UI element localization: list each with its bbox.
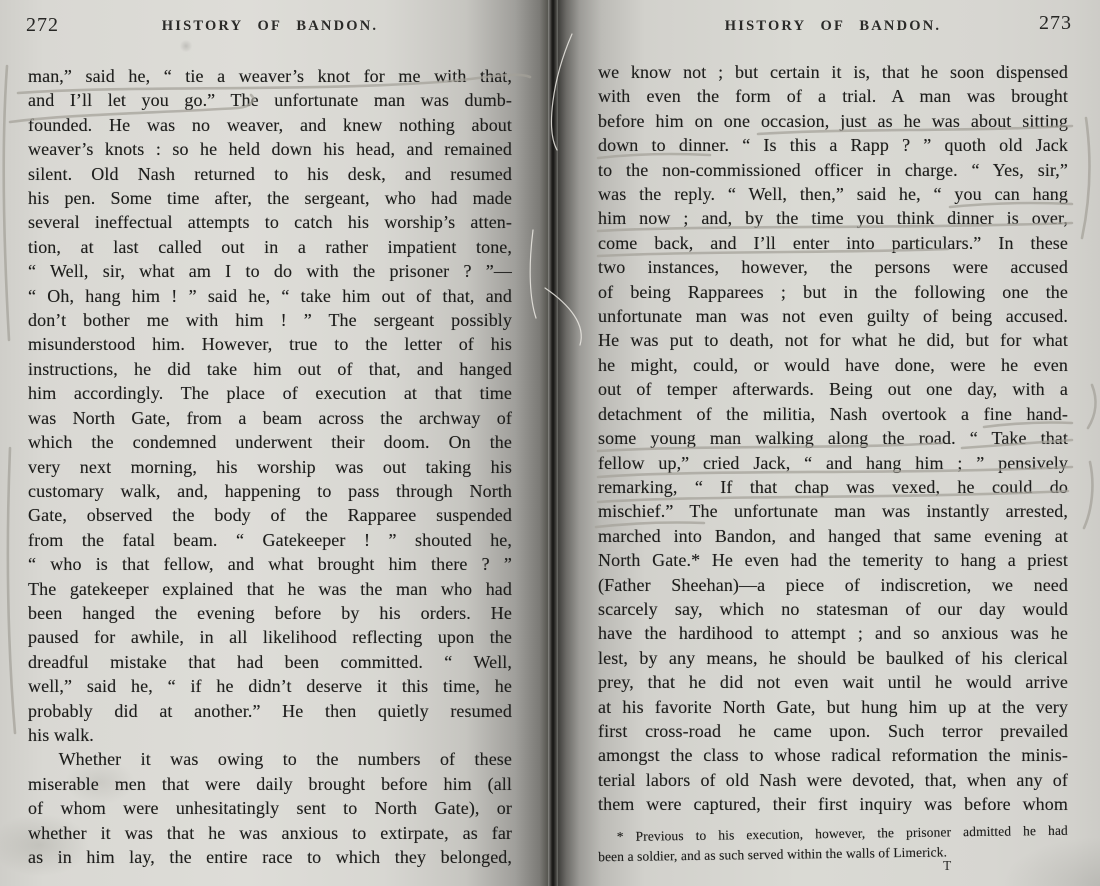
- text-line: before him on one occasion, just as he w…: [598, 109, 1068, 133]
- text-line: which the condemned underwent their doom…: [28, 430, 512, 454]
- text-line: terial labors of old Nash were devoted, …: [598, 768, 1068, 792]
- right-running-title: HISTORY OF BANDON.: [725, 18, 941, 35]
- text-line: weaver’s knots : so he held down his hea…: [28, 137, 512, 161]
- text-line: come back, and I’ll enter into particula…: [598, 231, 1068, 255]
- text-line: (Father Sheehan)—a piece of indiscretion…: [598, 573, 1068, 597]
- text-line: of whom were unhesitatingly sent to Nort…: [28, 796, 512, 820]
- text-line: several ineffectual attempts to catch hi…: [28, 210, 512, 234]
- text-line: him now ; and, by the time you think din…: [598, 206, 1068, 230]
- text-line: as in him lay, the entire race to which …: [28, 845, 512, 869]
- text-line: The gatekeeper explained that he was the…: [28, 577, 512, 601]
- text-line: have the hardihood to attempt ; and so a…: [598, 621, 1068, 645]
- text-line: of being Rapparees ; but in the followin…: [598, 280, 1068, 304]
- text-line: scarcely say, which no statesman of our …: [598, 597, 1068, 621]
- text-line: first cross-road he came upon. Such terr…: [598, 719, 1068, 743]
- text-line: misunderstood him. However, true to the …: [28, 332, 512, 356]
- text-line: “ who is that fellow, and what brought h…: [28, 552, 512, 576]
- signature-mark: T: [943, 858, 951, 874]
- text-line: don’t bother me with him ! ” The sergean…: [28, 308, 512, 332]
- text-line: we know not ; but certain it is, that he…: [598, 60, 1068, 84]
- text-line: instructions, he did take him out of tha…: [28, 357, 512, 381]
- right-page-text: we know not ; but certain it is, that he…: [598, 60, 1068, 817]
- left-page: 272 HISTORY OF BANDON. man,” said he, “ …: [0, 0, 548, 886]
- text-line: mischief.” The unfortunate man was insta…: [598, 499, 1068, 523]
- left-running-title: HISTORY OF BANDON.: [162, 18, 378, 35]
- text-line: was North Gate, from a beam across the a…: [28, 406, 512, 430]
- text-line: marched into Bandon, and hanged that sam…: [598, 524, 1068, 548]
- text-line: detachment of the militia, Nash overtook…: [598, 402, 1068, 426]
- text-line: whether it was that he was anxious to ex…: [28, 821, 512, 845]
- text-line: he might, could, or would have done, wer…: [598, 353, 1068, 377]
- text-line: customary walk, and, happening to pass t…: [28, 479, 512, 503]
- text-line: Whether it was owing to the numbers of t…: [28, 747, 512, 771]
- text-line: with even the form of a trial. A man was…: [598, 84, 1068, 108]
- text-line: silent. Old Nash returned to his desk, a…: [28, 162, 512, 186]
- text-line: “ Well, sir, what am I to do with the pr…: [28, 259, 512, 283]
- text-line: He was put to death, not for what he did…: [598, 328, 1068, 352]
- text-line: well,” said he, “ if he didn’t deserve i…: [28, 674, 512, 698]
- text-line: down to dinner. “ Is this a Rapp ? ” quo…: [598, 133, 1068, 157]
- text-line: Gate, observed the body of the Rapparee …: [28, 503, 512, 527]
- text-line: fellow up,” cried Jack, “ and hang him ;…: [598, 451, 1068, 475]
- text-line: his pen. Some time after, the sergeant, …: [28, 186, 512, 210]
- text-line: man,” said he, “ tie a weaver’s knot for…: [28, 64, 512, 88]
- text-line: him accordingly. The place of execution …: [28, 381, 512, 405]
- text-line: paused for awhile, in all likelihood ref…: [28, 625, 512, 649]
- left-page-number: 272: [26, 14, 59, 37]
- text-line: tion, at last called out in a rather imp…: [28, 235, 512, 259]
- text-line: probably did at another.” He then quietl…: [28, 699, 512, 723]
- text-line: some young man walking along the road. “…: [598, 426, 1068, 450]
- text-line: been hanged the evening before by his or…: [28, 601, 512, 625]
- left-page-text: man,” said he, “ tie a weaver’s knot for…: [28, 64, 512, 869]
- text-line: founded. He was no weaver, and knew noth…: [28, 113, 512, 137]
- text-line: amongst the class to whose radical refor…: [598, 743, 1068, 767]
- text-line: remarking, “ If that chap was vexed, he …: [598, 475, 1068, 499]
- text-line: unfortunate man was not even guilty of b…: [598, 304, 1068, 328]
- text-line: two instances, however, the persons were…: [598, 255, 1068, 279]
- text-line: them were captured, their first inquiry …: [598, 792, 1068, 816]
- text-line: and I’ll let you go.” The unfortunate ma…: [28, 88, 512, 112]
- right-page: HISTORY OF BANDON. 273 we know not ; but…: [558, 0, 1100, 886]
- right-page-number: 273: [1039, 12, 1072, 35]
- text-line: his walk.: [28, 723, 512, 747]
- text-line: out of temper afterwards. Being out one …: [598, 377, 1068, 401]
- footnote: * Previous to his execution, however, th…: [598, 821, 1068, 867]
- book-scan: 272 HISTORY OF BANDON. man,” said he, “ …: [0, 0, 1100, 886]
- text-line: lest, by any means, he should be baulked…: [598, 646, 1068, 670]
- text-line: was the reply. “ Well, then,” said he, “…: [598, 182, 1068, 206]
- text-line: dreadful mistake that had been committed…: [28, 650, 512, 674]
- text-line: “ Oh, hang him ! ” said he, “ take him o…: [28, 284, 512, 308]
- text-line: North Gate.* He even had the temerity to…: [598, 548, 1068, 572]
- text-line: to the non-commissioned officer in charg…: [598, 158, 1068, 182]
- text-line: prey, that he did not even wait until he…: [598, 670, 1068, 694]
- text-line: very next morning, his worship was out t…: [28, 455, 512, 479]
- book-gutter: [548, 0, 558, 886]
- text-line: miserable men that were daily brought be…: [28, 772, 512, 796]
- text-line: from the fatal beam. “ Gatekeeper ! ” sh…: [28, 528, 512, 552]
- text-line: at his favorite North Gate, but hung him…: [598, 695, 1068, 719]
